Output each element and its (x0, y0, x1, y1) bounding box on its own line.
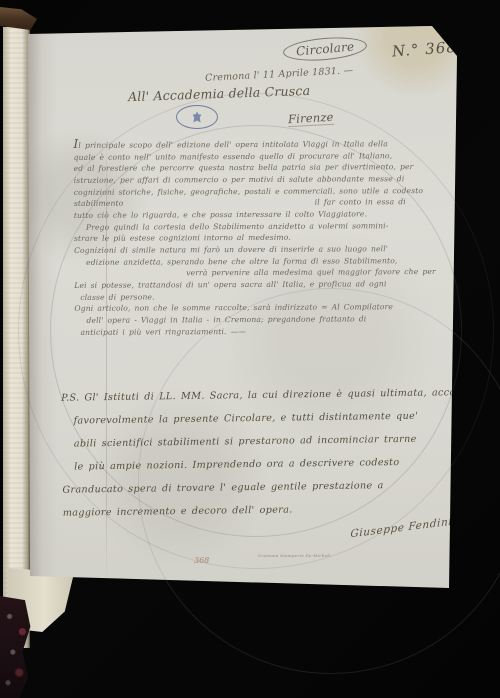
doc-number: N.° 368. (391, 38, 463, 61)
stamp-crest-icon (193, 112, 202, 123)
photo-background: Circolare N.° 368. Cremona l' 11 Aprile … (0, 0, 500, 698)
body-line: Prego quindi la cortesia dello Stabilime… (74, 220, 420, 233)
book-fore-edge (3, 27, 30, 648)
circolare-badge: Circolare (282, 34, 368, 63)
recipient-city: Firenze (288, 110, 334, 127)
page-number: 368 (194, 556, 209, 565)
doc-type-label: Circolare (296, 39, 355, 58)
body-line: Ogni articolo, non che le somme raccolte… (74, 301, 420, 314)
dateline: Cremona l' 11 Aprile 1831. — (205, 65, 354, 84)
ps-text: P.S. Gl' Istituti di LL. MM. Sacra, la c… (61, 381, 449, 524)
body-line: anticipati i più veri ringraziamenti. —— (74, 325, 420, 338)
oval-stamp-icon (176, 105, 218, 129)
document-page: Circolare N.° 368. Cremona l' 11 Aprile … (28, 26, 458, 592)
body-line-left: stabilimento (74, 198, 124, 210)
leather-corner (0, 7, 37, 30)
body-line-right: il far conto in essa di (315, 196, 406, 208)
ps-line: maggiore incremento e decoro dell' opera… (63, 496, 449, 524)
recipient-line: All' Accademia della Crusca (128, 83, 311, 104)
body-line: stabilimento il far conto in essa di (74, 196, 420, 209)
body-line: Lei si potesse, trattandosi di un' opera… (74, 278, 420, 291)
body-text: Il principale scopo dell' edizione dell'… (73, 137, 420, 338)
printer-imprint: Cremona Stamperia De-Micheli (258, 553, 331, 558)
